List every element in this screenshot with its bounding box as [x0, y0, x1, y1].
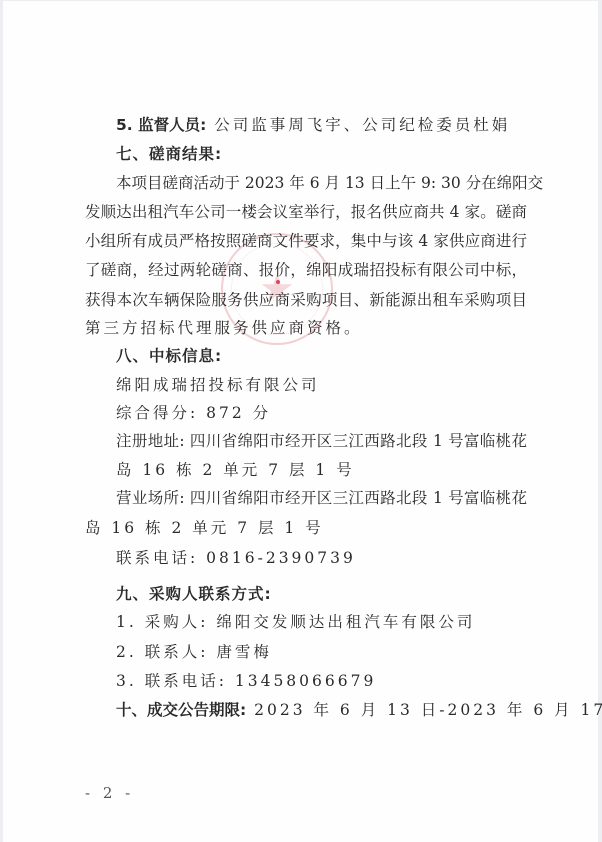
- announcement-period: 2023 年 6 月 13 日-2023 年 6 月 17 日。: [246, 701, 602, 719]
- supervisors-value: 公司监事周飞宇、公司纪检委员杜娟: [206, 116, 510, 134]
- section7-para-line-6: 第三方招标代理服务供应商资格。: [85, 318, 527, 338]
- section8-heading: 八、中标信息:: [116, 346, 527, 366]
- purchaser-name: 1. 采购人: 绵阳交发顺达出租汽车有限公司: [116, 612, 527, 632]
- section9-heading: 九、采购人联系方式:: [116, 584, 527, 604]
- section7-heading: 七、磋商结果:: [116, 144, 527, 164]
- section10-line: 十、成交公告期限: 2023 年 6 月 13 日-2023 年 6 月 17 …: [116, 700, 527, 720]
- section10-label: 十、成交公告期限:: [116, 701, 246, 719]
- purchaser-contact-person: 2. 联系人: 唐雪梅: [116, 642, 527, 662]
- registered-address-line-1: 注册地址: 四川省绵阳市经开区三江西路北段 1 号富临桃花: [116, 431, 527, 451]
- registered-address-line-2: 岛 16 栋 2 单元 7 层 1 号: [116, 460, 527, 480]
- business-address-line-1: 营业场所: 四川省绵阳市经开区三江西路北段 1 号富临桃花: [116, 488, 527, 508]
- section7-para-line-2: 发顺达出租汽车公司一楼会议室举行，报名供应商共 4 家。磋商: [85, 202, 527, 222]
- document-page: ★ 5. 监督人员: 公司监事周飞宇、公司纪检委员杜娟 七、磋商结果: 本项目磋…: [3, 1, 598, 842]
- business-address-line-2: 岛 16 栋 2 单元 7 层 1 号: [85, 518, 527, 538]
- purchaser-phone: 3. 联系电话: 13458066679: [116, 671, 527, 691]
- section7-para-line-1: 本项目磋商活动于 2023 年 6 月 13 日上午 9: 30 分在绵阳交: [116, 173, 527, 193]
- section7-para-line-3: 小组所有成员严格按照磋商文件要求，集中与该 4 家供应商进行: [85, 231, 527, 251]
- supervisors-label: 5. 监督人员:: [116, 116, 206, 134]
- composite-score: 综合得分: 872 分: [116, 403, 527, 423]
- page-number: - 2 -: [85, 784, 134, 802]
- section7-para-line-5: 获得本次车辆保险服务供应商采购项目、新能源出租车采购项目: [85, 290, 527, 310]
- seal-center-dot: [276, 280, 280, 284]
- supervisors-line: 5. 监督人员: 公司监事周飞宇、公司纪检委员杜娟: [116, 115, 527, 135]
- section7-para-line-4: 了磋商，经过两轮磋商、报价，绵阳成瑞招投标有限公司中标，: [85, 260, 527, 280]
- winning-company: 绵阳成瑞招投标有限公司: [116, 375, 527, 395]
- winner-phone: 联系电话: 0816-2390739: [116, 548, 527, 568]
